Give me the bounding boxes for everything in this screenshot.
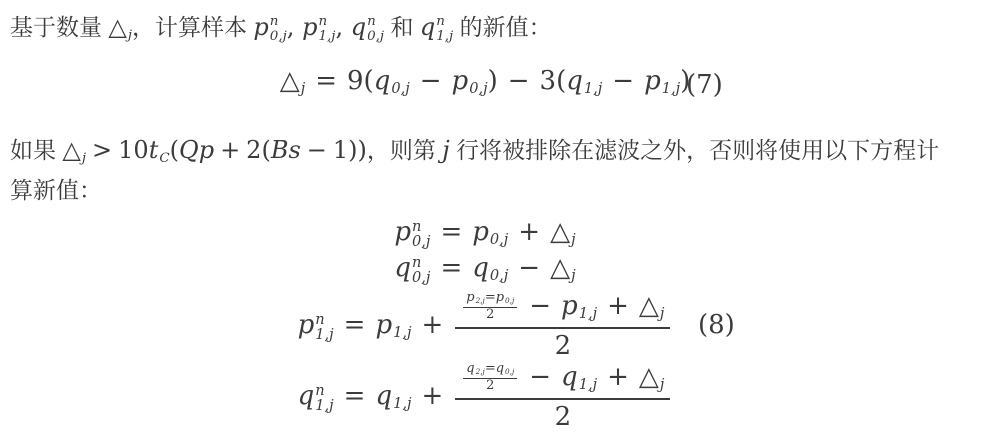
minus-operator: − — [508, 66, 530, 96]
plus-operator: + — [518, 217, 540, 247]
var-subscript: 0,j — [505, 296, 514, 305]
coefficient: 9( — [347, 66, 374, 96]
text-run: 如果 — [10, 137, 62, 163]
minus-operator: − — [529, 362, 551, 392]
plus-operator: + — [422, 310, 444, 340]
fraction-numerator: p2,j=p0,j2−p1,j+△j — [455, 290, 670, 327]
greater-than-operator: > — [92, 136, 112, 164]
var-base: q — [351, 13, 366, 41]
math-var: qn0,j — [351, 13, 384, 41]
math-var: qn0,j — [394, 253, 430, 283]
var-subscript: 0,j — [505, 367, 514, 376]
var-superscript: n — [436, 15, 453, 29]
fraction-numerator: q2,j=q0,j2−q1,j+△j — [455, 361, 670, 398]
text-run: 和 — [384, 14, 420, 40]
fraction-denominator: 2 — [455, 327, 670, 363]
math-delta: △j — [280, 66, 306, 96]
coefficient: 3( — [540, 66, 567, 96]
var-superscript: n — [270, 15, 287, 29]
delta-symbol: △ — [550, 253, 570, 283]
var-subscript: 2,j — [476, 367, 485, 376]
var-base: p — [394, 217, 411, 247]
math-var: pn0,j — [253, 13, 286, 41]
var-subscript: 2,j — [476, 296, 485, 305]
var-supsub: n0,j — [270, 15, 287, 43]
math-delta: △j — [639, 362, 665, 392]
math-delta: △j — [550, 217, 576, 247]
math-var: p1,j — [644, 66, 680, 96]
minus-operator: − — [612, 66, 634, 96]
close-paren: ) — [488, 66, 498, 96]
plus-operator: + — [220, 136, 240, 164]
math-var: q0,j — [472, 253, 508, 283]
var-subscript: j — [571, 231, 576, 248]
var-subscript: 0,j — [412, 270, 430, 285]
var-superscript: n — [412, 255, 430, 270]
var-superscript: n — [367, 15, 384, 29]
var-base: q — [561, 362, 578, 392]
var-subscript: j — [571, 267, 576, 284]
var-supsub: n1,j — [315, 383, 333, 414]
text-run: 行将被排除在滤波之外，否则将使用以下方程计 — [450, 137, 939, 163]
minus-operator: − — [529, 291, 551, 321]
var-base: p — [452, 66, 469, 96]
math-var: Bs — [271, 136, 301, 164]
text-run: 基于数量 — [10, 14, 108, 40]
var-superscript: n — [412, 219, 430, 234]
var-subscript: j — [82, 151, 86, 166]
var-base: q — [394, 253, 411, 283]
small-fraction-numerator: q2,j=q0,j — [463, 362, 517, 378]
math-var: Qp — [179, 136, 214, 164]
math-delta: △j — [62, 136, 86, 164]
paragraph-2-line-1: 如果 △j>10tC(Qp+2(Bs−1))，则第 j 行将被排除在滤波之外，否… — [10, 126, 939, 183]
var-supsub: n0,j — [412, 255, 430, 286]
math-var: q1,j — [375, 381, 411, 411]
var-base: q — [374, 66, 391, 96]
var-subscript: 1,j — [579, 305, 597, 322]
text-run: ，计算样本 — [132, 14, 253, 40]
math-var: q1,j — [566, 66, 602, 96]
equals-operator: = — [344, 381, 366, 411]
var-supsub: n0,j — [367, 15, 384, 43]
paragraph-1: 基于数量 △j，计算样本 pn0,j, pn1,j, qn0,j 和 qn1,j… — [10, 0, 552, 63]
var-base: q — [375, 381, 392, 411]
var-subscript: 0,j — [469, 80, 487, 97]
small-fraction-numerator: p2,j=p0,j — [463, 291, 517, 307]
var-subscript: 1,j — [315, 398, 333, 413]
math-var: q1,j — [561, 362, 597, 392]
var-subscript: 0,j — [490, 267, 508, 284]
text-run: 的新值： — [453, 14, 551, 40]
var-subscript: C — [159, 151, 169, 166]
var-base: p — [496, 290, 504, 305]
var-base: p — [472, 217, 489, 247]
minus-operator: − — [307, 136, 327, 164]
math-var: qn1,j — [298, 381, 334, 411]
var-subscript: 0,j — [367, 30, 384, 44]
paragraph-2-line-2: 算新值： — [10, 166, 102, 214]
var-superscript: n — [315, 383, 333, 398]
math-var: p1,j — [561, 291, 597, 321]
fraction: q2,j=q0,j2−q1,j+△j2 — [455, 361, 670, 433]
small-fraction: p2,j=p0,j2 — [463, 291, 517, 323]
var-supsub: n1,j — [436, 15, 453, 43]
var-subscript: 1,j — [584, 80, 602, 97]
small-fraction: q2,j=q0,j2 — [463, 362, 517, 394]
var-subscript: j — [660, 305, 665, 322]
fraction: p2,j=p0,j2−p1,j+△j2 — [455, 290, 670, 362]
math-var: pn1,j — [298, 310, 334, 340]
var-subscript: 1,j — [318, 30, 335, 44]
math-var: p1,j — [375, 310, 411, 340]
close-paren: 1)) — [333, 136, 367, 164]
fraction-denominator: 2 — [455, 398, 670, 434]
plus-operator: + — [422, 381, 444, 411]
small-fraction-denominator: 2 — [463, 307, 517, 323]
formula-7-row: △j=9(q0,j−p0,j)−3(q1,j−p1,j) (7) — [0, 58, 970, 112]
var-subscript: j — [660, 376, 665, 393]
delta-symbol: △ — [62, 136, 80, 164]
equals-operator: = — [440, 217, 462, 247]
math-var: p0,j — [472, 217, 508, 247]
minus-operator: − — [518, 253, 540, 283]
delta-symbol: △ — [108, 13, 126, 41]
delta-symbol: △ — [639, 291, 659, 321]
open-paren: ( — [170, 136, 179, 164]
equals-operator: = — [315, 66, 337, 96]
var-base: q — [496, 361, 504, 376]
delta-symbol: △ — [639, 362, 659, 392]
math-delta: △j — [639, 291, 665, 321]
math-delta: △j — [550, 253, 576, 283]
math-var: q0,j — [374, 66, 410, 96]
plus-operator: + — [607, 291, 629, 321]
equals-operator: = — [344, 310, 366, 340]
text-run: 算新值： — [10, 177, 102, 203]
var-superscript: n — [318, 15, 335, 29]
formula-8-row-3: pn1,j=p1,j+p2,j=p0,j2−p1,j+△j2 (8) — [0, 290, 970, 360]
delta-symbol: △ — [280, 66, 300, 96]
formula-8-row-4: qn1,j=q1,j+q2,j=q0,j2−q1,j+△j2 — [0, 361, 970, 437]
var-base: p — [644, 66, 661, 96]
var-base: p — [302, 13, 317, 41]
var-supsub: n1,j — [318, 15, 335, 43]
var-subscript: 1,j — [436, 30, 453, 44]
var-base: t — [149, 136, 159, 164]
var-base: p — [561, 291, 578, 321]
var-subscript: 1,j — [579, 376, 597, 393]
var-base: p — [375, 310, 392, 340]
var-subscript: 0,j — [412, 234, 430, 249]
var-subscript: 0,j — [270, 30, 287, 44]
math-var: qn1,j — [420, 13, 453, 41]
separator-comma: , — [335, 13, 350, 41]
var-subscript: j — [301, 80, 306, 97]
var-base: q — [298, 381, 315, 411]
text-run: ，则第 — [367, 137, 442, 163]
document-page: 基于数量 △j，计算样本 pn0,j, pn1,j, qn0,j 和 qn1,j… — [0, 0, 996, 439]
math-var: j — [442, 136, 449, 164]
plus-operator: + — [607, 362, 629, 392]
math-delta: △j — [108, 13, 132, 41]
var-superscript: n — [315, 312, 333, 327]
var-base: q — [566, 66, 583, 96]
equals-operator: = — [485, 290, 496, 305]
var-base: q — [472, 253, 489, 283]
coefficient: 2( — [246, 136, 271, 164]
coefficient: 10 — [118, 136, 149, 164]
formula-7: △j=9(q0,j−p0,j)−3(q1,j−p1,j) — [280, 66, 691, 96]
math-var: p0,j — [452, 66, 488, 96]
var-base: p — [253, 13, 268, 41]
separator-comma: , — [287, 13, 302, 41]
math-var: tC — [149, 136, 170, 164]
small-fraction-denominator: 2 — [463, 378, 517, 394]
var-base: q — [420, 13, 435, 41]
math-var: pn0,j — [394, 217, 430, 247]
var-subscript: 1,j — [315, 327, 333, 342]
var-supsub: n1,j — [315, 312, 333, 343]
var-base: p — [466, 290, 474, 305]
var-subscript: 0,j — [391, 80, 409, 97]
equals-operator: = — [440, 253, 462, 283]
var-subscript: 1,j — [662, 80, 680, 97]
var-subscript: 1,j — [393, 324, 411, 341]
formula-7-label: (7) — [686, 70, 723, 100]
var-subscript: 0,j — [490, 231, 508, 248]
var-base: q — [466, 361, 474, 376]
formula-8-label: (8) — [698, 310, 735, 340]
minus-operator: − — [420, 66, 442, 96]
equals-operator: = — [485, 361, 496, 376]
var-base: p — [298, 310, 315, 340]
var-subscript: 1,j — [393, 395, 411, 412]
delta-symbol: △ — [550, 217, 570, 247]
math-var: pn1,j — [302, 13, 335, 41]
var-supsub: n0,j — [412, 219, 430, 250]
